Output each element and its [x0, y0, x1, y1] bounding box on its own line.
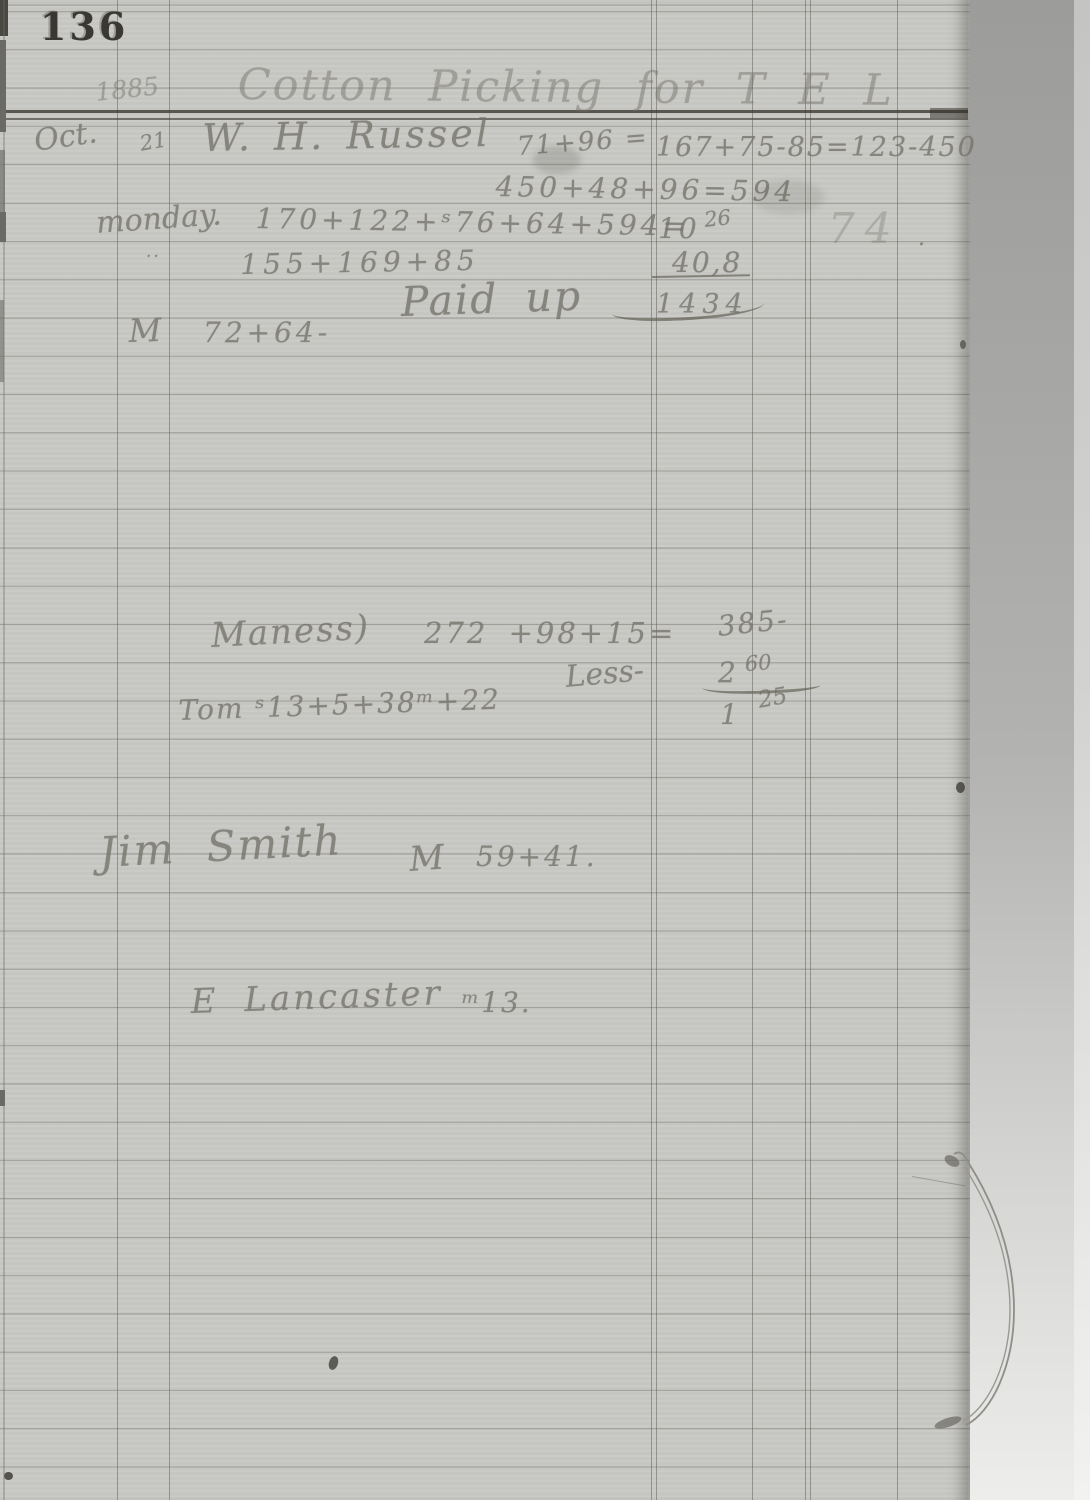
scanned-ledger-page: 136 1885 Cotton Picking for T E L Oct. 2… — [0, 0, 1090, 1500]
entry-year: 1885 — [94, 71, 160, 106]
name-jim-smith: Jim Smith — [98, 815, 344, 877]
edge-nick-upper — [960, 340, 966, 349]
pencil-smudge-2 — [752, 180, 824, 214]
ledger-title: Cotton Picking for T E L — [238, 60, 894, 116]
paper-speck-corner — [4, 1472, 13, 1480]
label-monday: monday. — [95, 197, 223, 241]
ledger-paper: 136 1885 Cotton Picking for T E L Oct. 2… — [0, 0, 970, 1500]
label-paid-up: Paid up — [400, 272, 583, 326]
ditto-marks: .. — [146, 242, 161, 262]
entry-date-day: 21 — [138, 127, 168, 155]
calc-monday: 170+122+ˢ76+64+594= — [255, 202, 690, 243]
paper-speck — [327, 1355, 340, 1371]
column-rule-amount2-inner — [810, 0, 811, 1500]
print-artifact — [53, 12, 56, 34]
binding-thread — [930, 1140, 1040, 1470]
edge-nick-mid — [956, 782, 965, 793]
amount-125-cents: 25 — [756, 683, 789, 714]
label-m: M — [128, 311, 162, 350]
amount-385: 385- — [716, 603, 790, 643]
name-maness: Maness) — [210, 608, 371, 656]
calc-tom: Tom ˢ13+5+38ᵐ+22 — [178, 683, 501, 727]
pencil-smudge — [533, 146, 581, 174]
calc-carry: 450+48+96=594 — [495, 170, 796, 208]
ghost-dot: . — [918, 226, 925, 251]
amount-1026-dollars: 10 — [658, 212, 700, 245]
column-rule-amount2-outer — [805, 0, 806, 1500]
header-rule-dark-end — [930, 108, 968, 118]
column-rule-cents-1 — [752, 0, 753, 1500]
ghost-74: 74 — [828, 204, 901, 253]
scanner-background-strip — [1074, 0, 1090, 1500]
entry-date-month: Oct. — [32, 115, 99, 158]
calc-russel-result: 167+75-85=123-450 — [656, 132, 977, 163]
name-wh-russel: W. H. Russel — [202, 111, 491, 160]
name-e-lancaster: E Lancaster — [190, 973, 443, 1022]
binding-edge-line — [3, 0, 5, 1500]
amount-lancaster: ᵐ13. — [462, 986, 532, 1019]
calc-maness: 272 +98+15= — [424, 616, 676, 650]
amount-1026-cents: 26 — [703, 205, 732, 232]
calc-smith: 59+41. — [476, 840, 598, 873]
label-less: Less- — [564, 653, 645, 695]
amount-260-cents: 60 — [744, 650, 772, 676]
amount-125-dollars: 1 — [720, 698, 738, 731]
label-m-smith: M — [408, 838, 446, 880]
calc-m: 72+64- — [203, 316, 331, 349]
calc-tuesday: 155+169+85 — [240, 244, 480, 281]
